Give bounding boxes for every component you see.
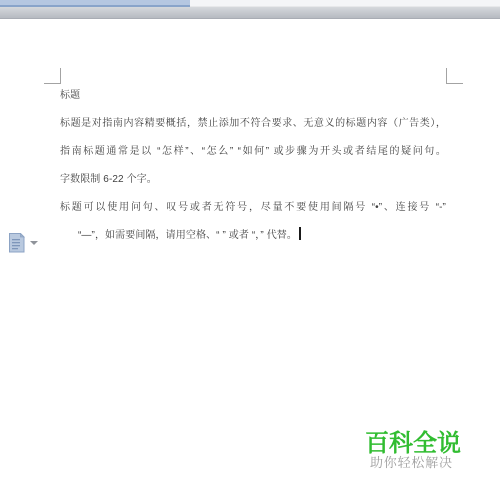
text-cursor bbox=[299, 227, 301, 240]
window-tab[interactable] bbox=[0, 0, 190, 7]
margin-crop-mark-top-right bbox=[446, 83, 463, 84]
line-text: 标题 bbox=[60, 90, 80, 101]
paragraph-tool-button[interactable] bbox=[8, 233, 40, 255]
document-line[interactable]: 标题可以使用问句、叹号或者无符号，尽量不要使用间隔号 “•”、连接号 “-” bbox=[60, 194, 446, 222]
chevron-down-icon[interactable] bbox=[30, 241, 38, 245]
document-line[interactable]: 字数限制 6-22 个字。 bbox=[60, 166, 446, 194]
document-line[interactable]: 标题是对指南内容精要概括，禁止添加不符合要求、无意义的标题内容（广告类）， bbox=[60, 110, 446, 138]
line-text: 指南标题通常是以 “怎样”、“怎么” “如何” 或步骤为开头或者结尾的疑问句。 bbox=[60, 146, 446, 157]
tab-strip-background bbox=[190, 0, 500, 7]
line-text: 字数限制 6-22 个字。 bbox=[60, 174, 157, 185]
margin-crop-mark-top-left bbox=[44, 83, 61, 84]
document-line[interactable]: 标题 bbox=[60, 82, 446, 110]
document-icon bbox=[8, 233, 25, 258]
toolbar-bottom-edge bbox=[0, 7, 500, 19]
document-text-area[interactable]: 标题 标题是对指南内容精要概括，禁止添加不符合要求、无意义的标题内容（广告类），… bbox=[60, 82, 446, 250]
document-line[interactable]: 指南标题通常是以 “怎样”、“怎么” “如何” 或步骤为开头或者结尾的疑问句。 bbox=[60, 138, 446, 166]
line-text: 标题是对指南内容精要概括，禁止添加不符合要求、无意义的标题内容（广告类）， bbox=[60, 118, 446, 129]
document-line[interactable]: “—”，如需要间隔，请用空格、“ ” 或者 “，” 代替。 bbox=[60, 222, 446, 250]
margin-crop-mark-top-right bbox=[446, 68, 447, 84]
line-text: 标题可以使用问句、叹号或者无符号，尽量不要使用间隔号 “•”、连接号 “-” bbox=[60, 202, 446, 213]
line-text: “—”，如需要间隔，请用空格、“ ” 或者 “，” 代替。 bbox=[78, 230, 297, 241]
watermark-subtitle: 助你轻松解决 bbox=[370, 452, 453, 471]
